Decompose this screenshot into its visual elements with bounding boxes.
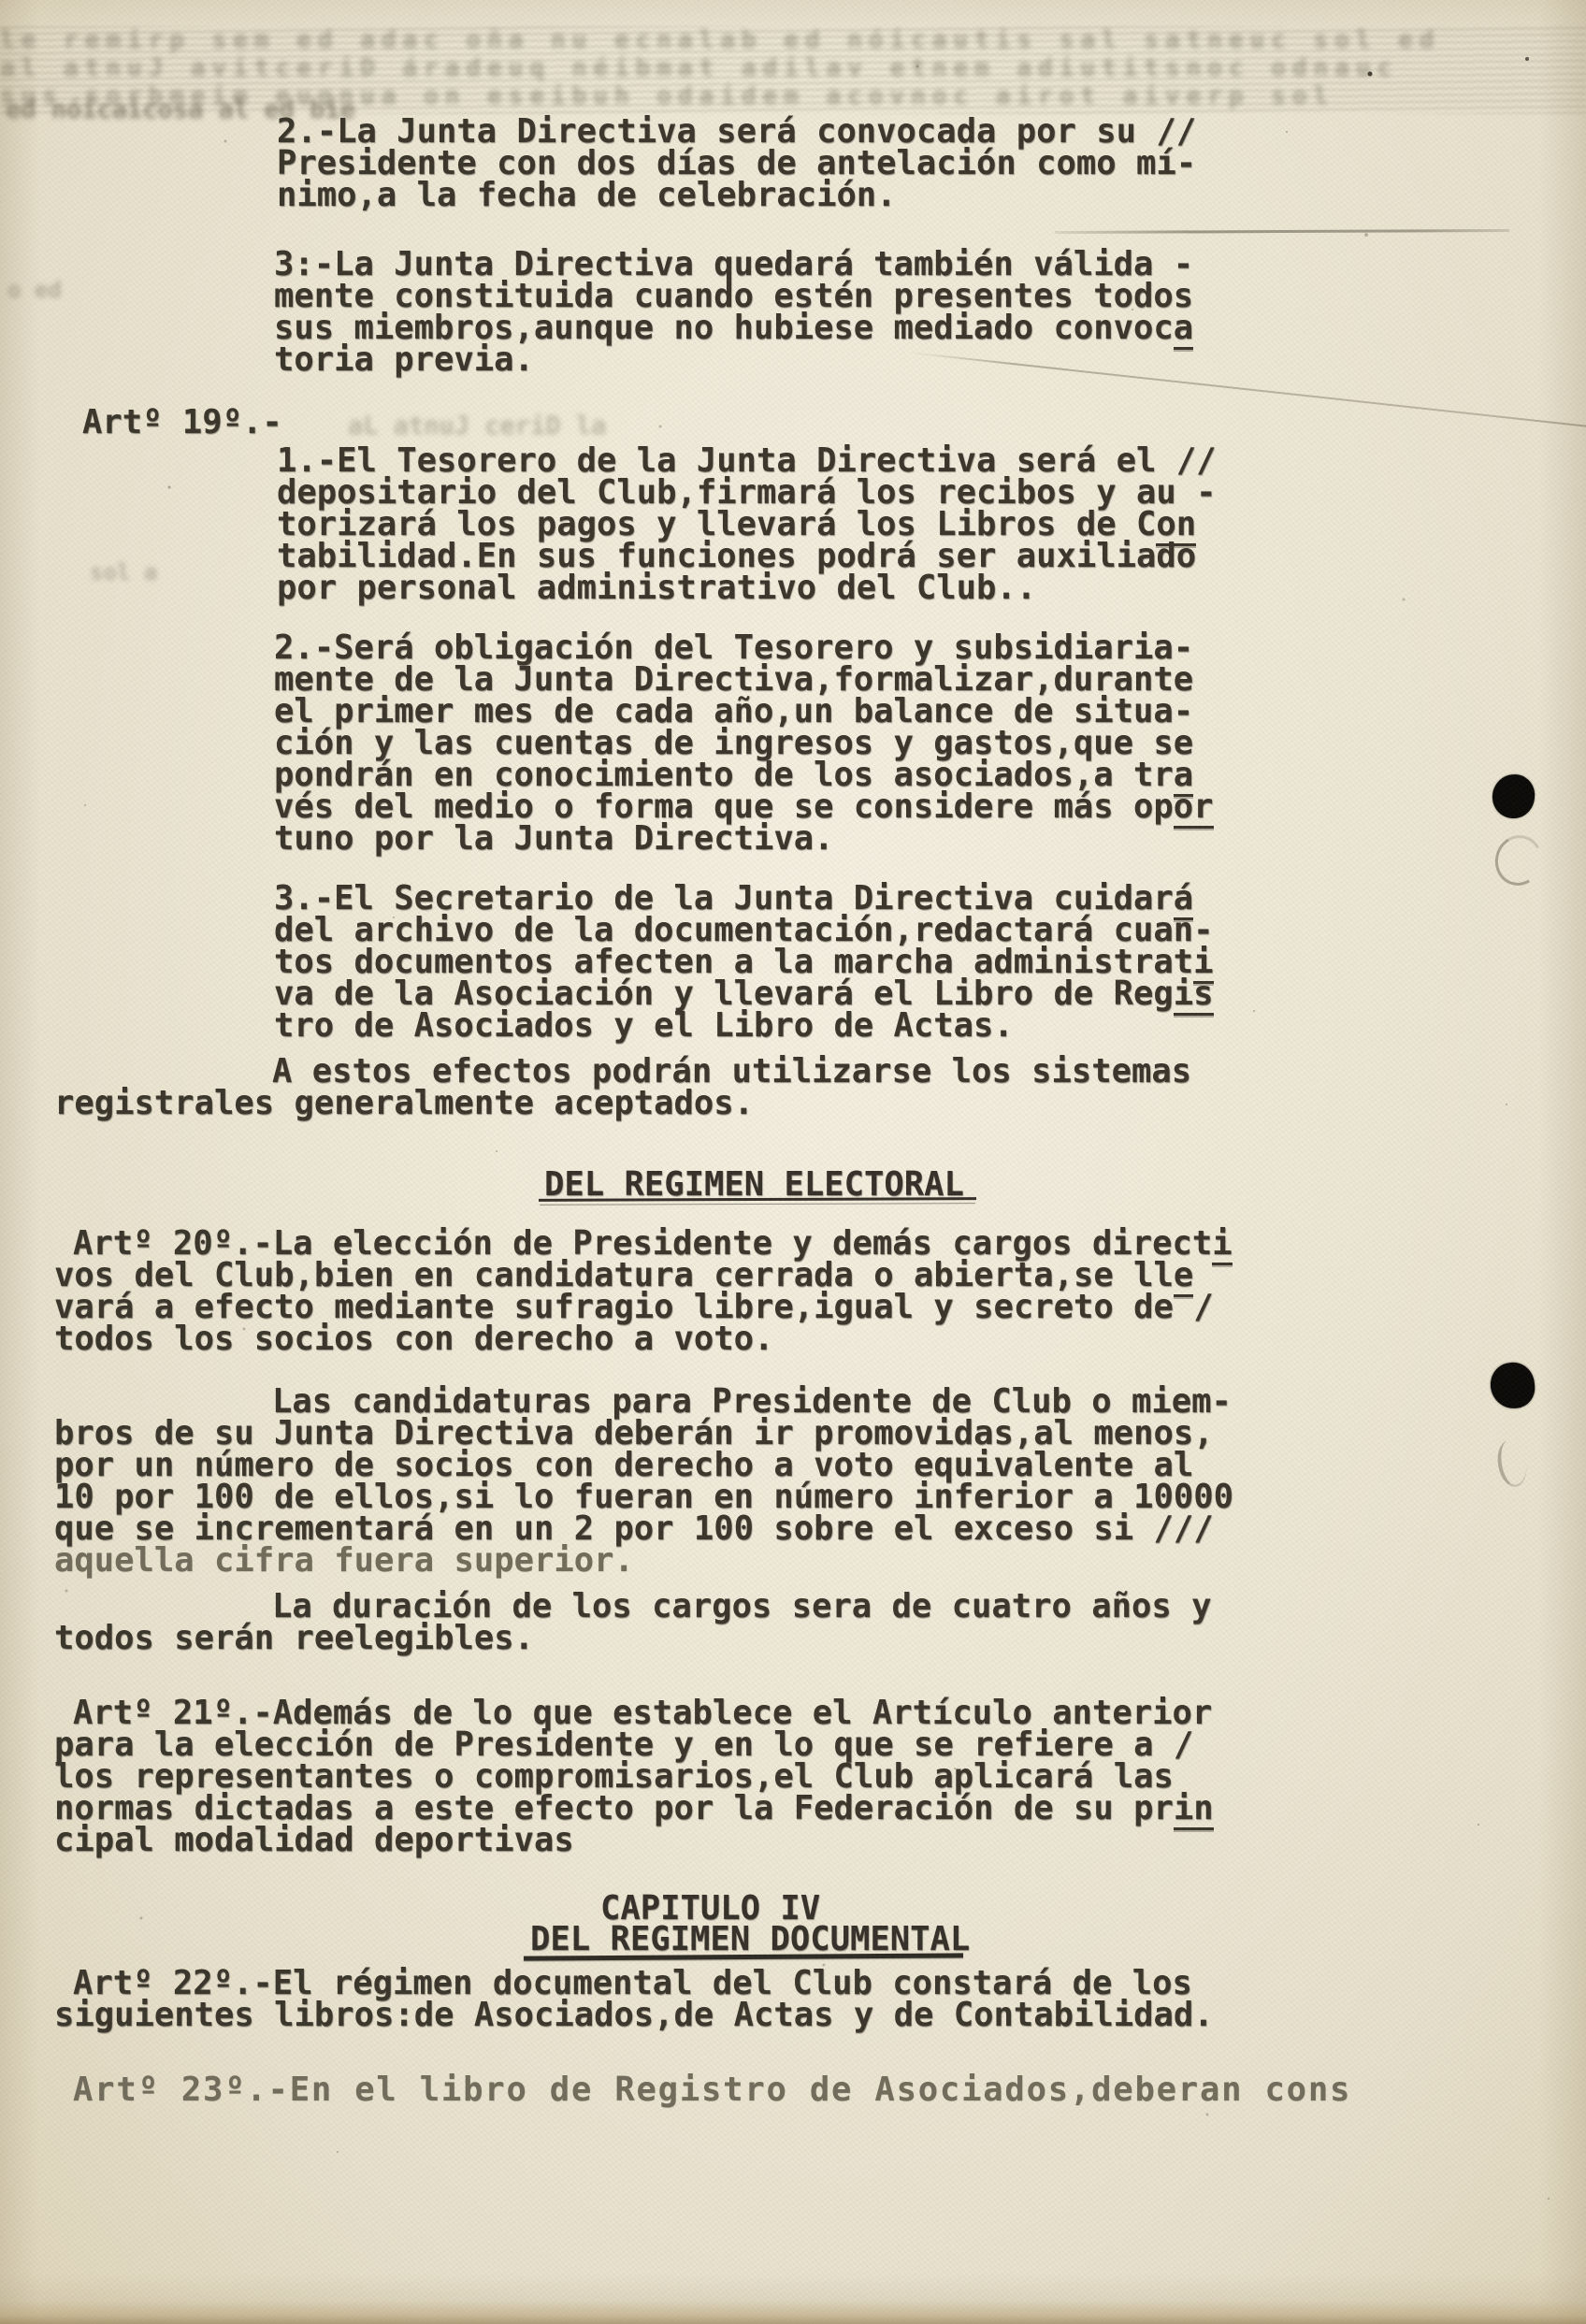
- ghost-bleed-line: al atnuJ avitceriD áradeuq néibmat adila…: [0, 54, 1586, 82]
- paragraph-articulo-21: Artº 21º.-Además de lo que establece el …: [54, 1697, 1214, 1856]
- text-run: Artº 23º.-En el libro de Registro de Aso…: [73, 2071, 1351, 2109]
- text-line: por un número de socios con derecho a vo…: [54, 1450, 1233, 1481]
- text-line: depositario del Club,firmará los recibos…: [277, 477, 1217, 509]
- text-line: torizará los pagos y llevará los Libros …: [277, 509, 1217, 541]
- text-line: Artº 19º.-: [82, 407, 282, 439]
- scanned-document-page: le remirp sem ed adac oña nu ecnalab ed …: [0, 0, 1586, 2324]
- text-line: aquella cifra fuera superior.: [54, 1545, 1233, 1577]
- text-line: bros de su Junta Directiva deberán ir pr…: [54, 1418, 1233, 1450]
- text-line: normas dictadas a este efecto por la Fed…: [54, 1793, 1214, 1825]
- paragraph-articulo-23: Artº 23º.-En el libro de Registro de Aso…: [54, 2074, 1351, 2106]
- text-line: todos los socios con derecho a voto.: [54, 1323, 1233, 1355]
- stain-arc: [1494, 1438, 1530, 1489]
- paragraph-duracion-cargos: La duración de los cargos sera de cuatro…: [54, 1591, 1212, 1654]
- text-line: toria previa.: [274, 344, 1193, 376]
- paragraph-secretario: 3.-El Secretario de la Junta Directiva c…: [274, 883, 1214, 1042]
- text-line: 3.-El Secretario de la Junta Directiva c…: [274, 883, 1214, 915]
- text-run: aquella cifra fuera superior.: [54, 1541, 634, 1580]
- text-line: que se incrementará en un 2 por 100 sobr…: [54, 1513, 1233, 1545]
- text-line: Artº 23º.-En el libro de Registro de Aso…: [54, 2074, 1351, 2106]
- text-line: por personal administrativo del Club..: [277, 572, 1217, 604]
- text-line: vará a efecto mediante sufragio libre,ig…: [54, 1292, 1233, 1323]
- text-line: Las candidaturas para Presidente de Club…: [54, 1386, 1233, 1418]
- text-line: tuno por la Junta Directiva.: [274, 823, 1214, 855]
- paragraph-candidaturas: Las candidaturas para Presidente de Club…: [54, 1386, 1233, 1577]
- stain-ring: [1490, 830, 1548, 890]
- text-line: todos serán reelegibles.: [54, 1623, 1212, 1654]
- ghost-bleed-text: o ed: [7, 277, 62, 303]
- text-line: La duración de los cargos sera de cuatro…: [54, 1591, 1212, 1623]
- text-run: cipal modalidad deportivas: [54, 1821, 574, 1859]
- text-line: 1.-El Tesorero de la Junta Directiva ser…: [277, 445, 1217, 477]
- text-run: por personal administrativo del Club..: [277, 569, 1036, 607]
- text-run: tro de Asociados y el Libro de Actas.: [274, 1006, 1014, 1045]
- ghost-bleed-text: sol a: [90, 559, 157, 585]
- text-line: va de la Asociación y llevará el Libro d…: [274, 978, 1214, 1010]
- hole-punch-dot: [1490, 772, 1537, 821]
- syllable-underline: in: [1174, 1789, 1214, 1830]
- text-line: para la elección de Presidente y en lo q…: [54, 1729, 1214, 1761]
- syllable-underline: is: [1174, 974, 1214, 1016]
- paragraph-junta-constitucion: 3:-La Junta Directiva quedará también vá…: [274, 249, 1193, 376]
- page-bottom-shadow: [0, 2301, 1586, 2324]
- text-line: el primer mes de cada año,un balance de …: [274, 696, 1214, 728]
- text-run: toria previa.: [274, 340, 534, 379]
- article-19-label: Artº 19º.-: [82, 407, 282, 439]
- paragraph-sistemas-registrales: A estos efectos podrán utilizarse los si…: [54, 1056, 1191, 1119]
- text-line: los representantes o compromisarios,el C…: [54, 1761, 1214, 1793]
- text-line: registrales generalmente aceptados.: [54, 1088, 1191, 1119]
- text-line: nimo,a la fecha de celebración.: [277, 180, 1196, 211]
- text-run: siguientes libros:de Asociados,de Actas …: [54, 1996, 1214, 2034]
- text-line: ción y las cuentas de ingresos y gastos,…: [274, 728, 1214, 759]
- text-run: nimo,a la fecha de celebración.: [277, 176, 897, 214]
- text-run: todos serán reelegibles.: [54, 1619, 534, 1657]
- paragraph-articulo-22: Artº 22º.-El régimen documental del Club…: [54, 1968, 1214, 2031]
- text-line: Artº 22º.-El régimen documental del Club…: [54, 1968, 1214, 1999]
- ghost-bleed-text: aL atnuJ ceriD la: [348, 411, 606, 440]
- text-line: Artº 20º.-La elección de Presidente y de…: [54, 1228, 1233, 1260]
- text-line: siguientes libros:de Asociados,de Actas …: [54, 1999, 1214, 2031]
- text-line: A estos efectos podrán utilizarse los si…: [54, 1056, 1191, 1088]
- syllable-underline: or: [1174, 787, 1214, 829]
- text-line: 3:-La Junta Directiva quedará también vá…: [274, 249, 1193, 281]
- text-run: tuno por la Junta Directiva.: [274, 819, 833, 858]
- paragraph-balance: 2.-Será obligación del Tesorero y subsid…: [274, 632, 1214, 855]
- text-line: cipal modalidad deportivas: [54, 1825, 1214, 1856]
- text-line: tabilidad.En sus funciones podrá ser aux…: [277, 541, 1217, 572]
- text-line: del archivo de la documentación,redactar…: [274, 915, 1214, 946]
- ghost-bleed-line: le remirp sem ed adac oña nu ecnalab ed …: [0, 26, 1586, 54]
- text-line: vés del medio o forma que se considere m…: [274, 791, 1214, 823]
- paper-speckles: [0, 0, 2, 2]
- text-line: mente constituida cuando estén presentes…: [274, 281, 1193, 312]
- text-line: vos del Club,bien en candidatura cerrada…: [54, 1260, 1233, 1292]
- syllable-underline: i: [1212, 1224, 1232, 1265]
- text-line: pondrán en conocimiento de los asociados…: [274, 759, 1214, 791]
- text-line: sus miembros,aunque no hubiese mediado c…: [274, 312, 1193, 344]
- paragraph-tesorero: 1.-El Tesorero de la Junta Directiva ser…: [277, 445, 1217, 604]
- text-line: tro de Asociados y el Libro de Actas.: [274, 1010, 1214, 1042]
- paragraph-articulo-20: Artº 20º.-La elección de Presidente y de…: [54, 1228, 1233, 1355]
- hole-punch-dot: [1489, 1361, 1537, 1411]
- text-line: 2.-Será obligación del Tesorero y subsid…: [274, 632, 1214, 664]
- text-line: 2.-La Junta Directiva será convocada por…: [277, 116, 1196, 148]
- text-line: Artº 21º.-Además de lo que establece el …: [54, 1697, 1214, 1729]
- pencil-line: [1055, 229, 1509, 234]
- text-line: tos documentos afecten a la marcha admin…: [274, 946, 1214, 978]
- text-line: 10 por 100 de ellos,si lo fueran en núme…: [54, 1481, 1233, 1513]
- text-line: mente de la Junta Directiva,formalizar,d…: [274, 664, 1214, 696]
- text-line: Presidente con dos días de antelación co…: [277, 148, 1196, 180]
- paragraph-junta-convocatoria: 2.-La Junta Directiva será convocada por…: [277, 116, 1196, 211]
- text-run: registrales generalmente aceptados.: [54, 1084, 754, 1122]
- syllable-underline: a: [1174, 309, 1193, 350]
- text-run: todos los socios con derecho a voto.: [54, 1320, 773, 1358]
